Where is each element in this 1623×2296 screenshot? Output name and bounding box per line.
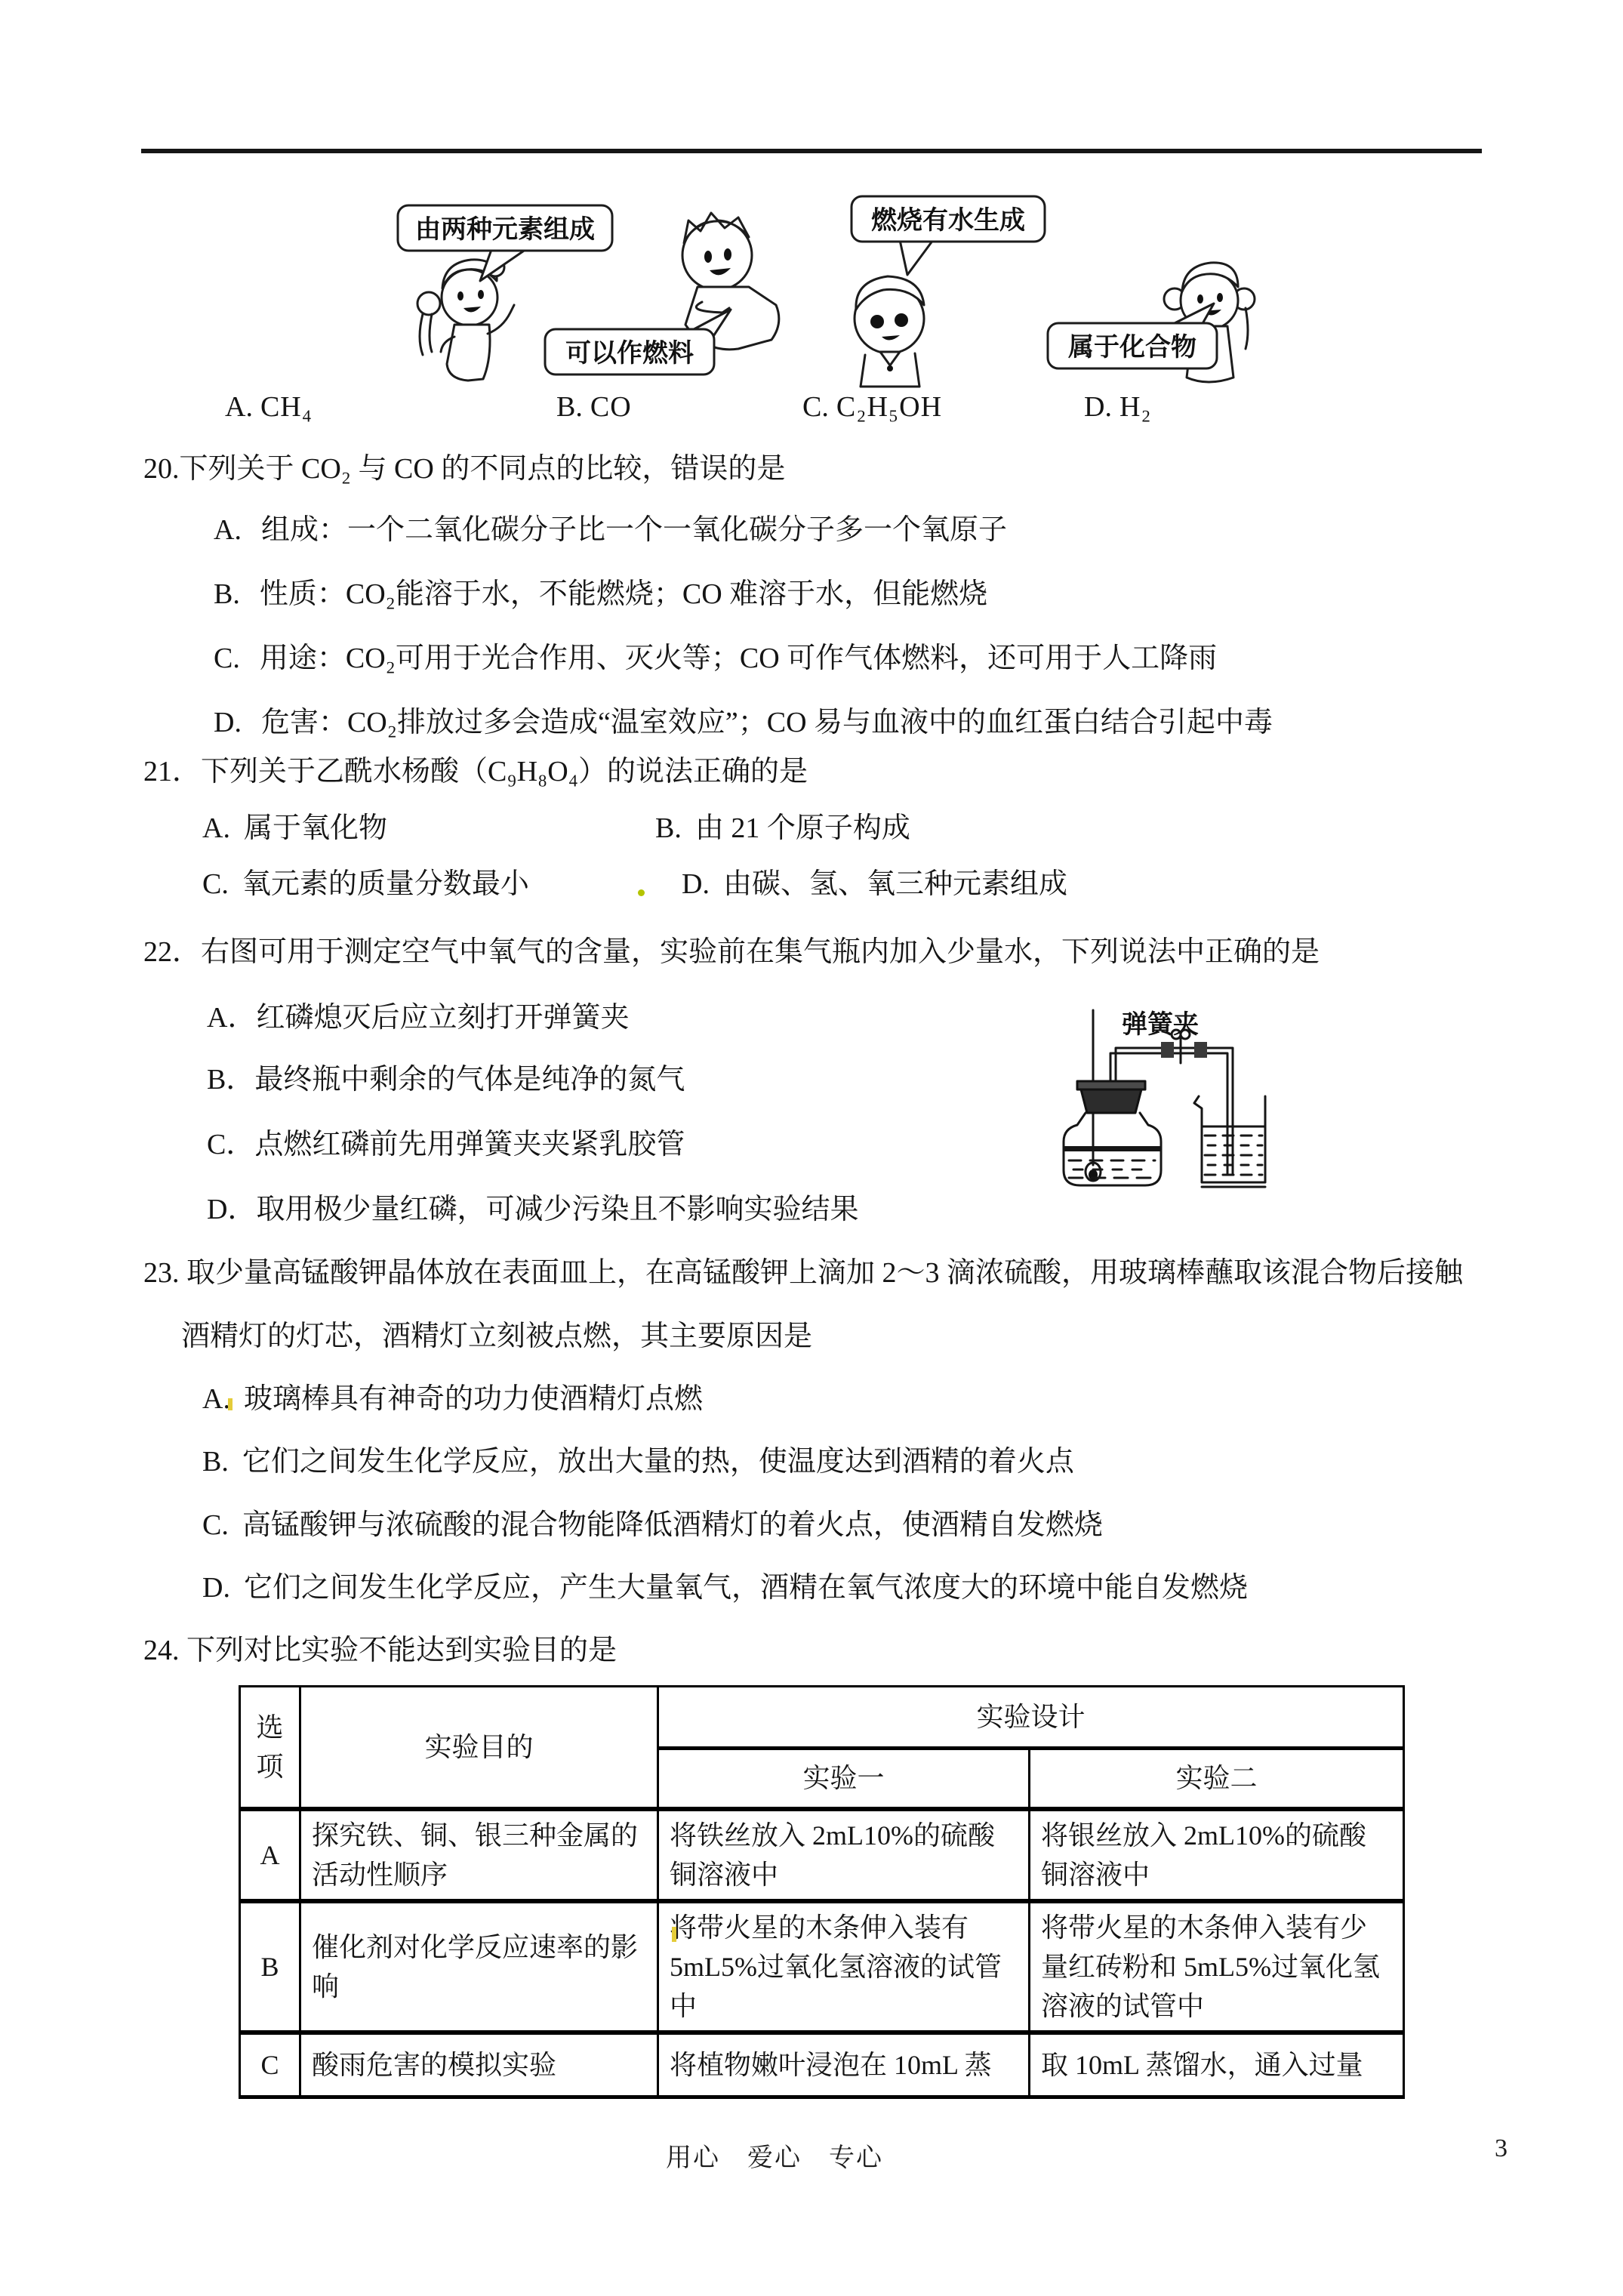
option-text: 由 21 个原子构成	[695, 812, 910, 844]
stray-green-dot	[638, 889, 645, 896]
answer-d-formula: H₂	[1119, 391, 1152, 423]
stray-yellow-tick-1	[228, 1398, 233, 1410]
cartoon-boy-3	[855, 276, 924, 387]
bubble-4-text: 属于化合物	[1068, 333, 1196, 362]
option-text: 玻璃棒具有神奇的功力使酒精灯点燃	[244, 1383, 703, 1415]
q21-option-d: D.由碳、氢、氧三种元素组成	[682, 866, 1067, 902]
speech-bubble-3: 燃烧有水生成	[852, 196, 1045, 275]
q23-option-c: C.高锰酸钾与浓硫酸的混合物能降低酒精灯的着火点，使酒精自发燃烧	[202, 1507, 1103, 1543]
page-number: 3	[1495, 2134, 1508, 2163]
answer-a-label: A.	[225, 391, 253, 423]
option-label: A.	[214, 512, 242, 548]
option-label: B.	[202, 1444, 229, 1480]
strip-answer-a: A.CH₄	[225, 389, 313, 425]
rubber-stopper	[1077, 1081, 1145, 1113]
row-a-purpose: 探究铁、铜、银三种金属的活动性顺序	[300, 1809, 658, 1901]
row-a-exp2: 将银丝放入 2mL10%的硫酸铜溶液中	[1030, 1809, 1404, 1901]
option-text: 氧元素的质量分数最小	[242, 868, 529, 900]
header-rule	[141, 149, 1482, 153]
footer-motto: 用心 爱心 专心	[666, 2137, 883, 2174]
beaker	[1194, 1096, 1265, 1187]
option-label: D.	[682, 866, 710, 902]
q20-option-a: A.组成：一个二氧化碳分子比一个一氧化碳分子多一个氧原子	[214, 512, 1007, 548]
option-text: 点燃红磷前先用弹簧夹夹紧乳胶管	[254, 1129, 685, 1160]
option-text: 性质：CO₂能溶于水，不能燃烧；CO 难溶于水，但能燃烧	[260, 578, 987, 610]
q21-stem: 21．下列关于乙酰水杨酸（C₉H₈O₄）的说法正确的是	[143, 754, 808, 790]
bubble-2-text: 可以作燃料	[565, 339, 694, 368]
exam-page: 由两种元素组成 可以作燃料	[0, 0, 1623, 2296]
row-b-exp2: 将带火星的木条伸入装有少量红砖粉和 5mL5%过氧化氢溶液的试管中	[1030, 1901, 1404, 2032]
q21-option-a: A.属于氧化物	[202, 810, 387, 846]
q23-stem-line2: 酒精灯的灯芯，酒精灯立刻被点燃，其主要原因是	[181, 1318, 812, 1354]
option-text: 取用极少量红磷，可减少污染且不影响实验结果	[256, 1194, 858, 1225]
option-label: C.	[202, 1507, 229, 1543]
q21-option-b: B.由 21 个原子构成	[655, 810, 910, 846]
q20-option-b: B.性质：CO₂能溶于水，不能燃烧；CO 难溶于水，但能燃烧	[214, 576, 987, 612]
option-text: 最终瓶中剩余的气体是纯净的氮气	[254, 1064, 685, 1096]
answer-a-formula: CH₄	[260, 391, 313, 423]
answer-c-formula: C₂H₅OH	[836, 391, 942, 423]
option-text: 高锰酸钾与浓硫酸的混合物能降低酒精灯的着火点，使酒精自发燃烧	[242, 1509, 1103, 1541]
q24-stem: 24. 下列对比实验不能达到实验目的是	[143, 1632, 617, 1669]
spring-clamp-label: 弹簧夹	[1122, 1009, 1199, 1039]
table-header-option: 选 项	[240, 1687, 300, 1809]
strip-answer-c: C.C₂H₅OH	[802, 389, 942, 425]
option-text: 它们之间发生化学反应，放出大量的热，使温度达到酒精的着火点	[242, 1446, 1074, 1478]
q23-option-d: D.它们之间发生化学反应，产生大量氧气，酒精在氧气浓度大的环境中能自发燃烧	[202, 1570, 1248, 1606]
row-c-purpose: 酸雨危害的模拟实验	[300, 2032, 658, 2097]
option-label: B．	[207, 1064, 254, 1096]
bubble-3-text: 燃烧有水生成	[871, 206, 1025, 235]
table-header-design: 实验设计	[658, 1687, 1404, 1749]
option-label: B.	[214, 576, 240, 612]
table-header-purpose: 实验目的	[300, 1687, 658, 1809]
option-label: A．	[207, 1002, 256, 1034]
option-label: D.	[214, 704, 242, 741]
option-label: D.	[202, 1570, 230, 1606]
cartoon-girl-1	[417, 258, 514, 381]
stray-yellow-tick-2	[672, 1927, 676, 1942]
option-text: 组成：一个二氧化碳分子比一个一氧化碳分子多一个氧原子	[261, 514, 1007, 546]
q22-stem: 22．右图可用于测定空气中氧气的含量，实验前在集气瓶内加入少量水，下列说法中正确…	[143, 934, 1320, 970]
option-text: 红磷熄灭后应立刻打开弹簧夹	[256, 1002, 629, 1034]
row-c-exp2: 取 10mL 蒸馏水，通入过量	[1030, 2032, 1404, 2097]
option-label: D．	[207, 1194, 256, 1225]
row-a-exp1: 将铁丝放入 2mL10%的硫酸铜溶液中	[658, 1809, 1030, 1901]
comparison-experiment-table: 选 项 实验目的 实验设计 实验一 实验二 A 探究铁、铜、银三种金属的活动性顺…	[239, 1685, 1405, 2099]
row-a-option: A	[240, 1809, 300, 1901]
option-text: 危害：CO₂排放过多会造成“温室效应”；CO 易与血液中的血红蛋白结合引起中毒	[261, 707, 1273, 738]
option-text: 用途：CO₂可用于光合作用、灭火等；CO 可作气体燃料，还可用于人工降雨	[260, 643, 1217, 674]
option-text: 由碳、氢、氧三种元素组成	[723, 868, 1067, 900]
q22-option-d: D．取用极少量红磷，可减少污染且不影响实验结果	[207, 1191, 858, 1228]
option-label: C.	[202, 866, 229, 902]
strip-answer-b: B.CO	[556, 389, 632, 425]
q22-option-b: B．最终瓶中剩余的气体是纯净的氮气	[207, 1062, 685, 1098]
option-label: A.	[202, 1381, 230, 1417]
answer-d-label: D.	[1084, 391, 1112, 423]
option-label: A.	[202, 810, 230, 846]
q22-option-c: C．点燃红磷前先用弹簧夹夹紧乳胶管	[207, 1126, 685, 1163]
gas-collecting-bottle	[1064, 1113, 1161, 1185]
row-b-purpose: 催化剂对化学反应速率的影响	[300, 1901, 658, 2032]
table-header-exp1: 实验一	[658, 1749, 1030, 1809]
row-c-exp1: 将植物嫩叶浸泡在 10mL 蒸	[658, 2032, 1030, 2097]
table-row: A 探究铁、铜、银三种金属的活动性顺序 将铁丝放入 2mL10%的硫酸铜溶液中 …	[240, 1809, 1404, 1901]
answer-c-label: C.	[802, 391, 829, 423]
answer-b-label: B.	[556, 391, 583, 423]
option-text: 它们之间发生化学反应，产生大量氧气，酒精在氧气浓度大的环境中能自发燃烧	[244, 1572, 1248, 1604]
q20-stem: 20.下列关于 CO₂ 与 CO 的不同点的比较，错误的是	[143, 451, 785, 487]
q20-option-c: C.用途：CO₂可用于光合作用、灭火等；CO 可作气体燃料，还可用于人工降雨	[214, 640, 1217, 676]
strip-answer-d: D.H₂	[1084, 389, 1152, 425]
option-label: C．	[207, 1129, 254, 1160]
option-label: B.	[655, 810, 682, 846]
q20-option-d: D.危害：CO₂排放过多会造成“温室效应”；CO 易与血液中的血红蛋白结合引起中…	[214, 704, 1273, 741]
answer-b-formula: CO	[590, 391, 632, 423]
q22-option-a: A．红磷熄灭后应立刻打开弹簧夹	[207, 1000, 629, 1036]
bubble-1-text: 由两种元素组成	[415, 215, 595, 244]
table-row: B 催化剂对化学反应速率的影响 将带火星的木条伸入装有5mL5%过氧化氢溶液的试…	[240, 1901, 1404, 2032]
option-text: 属于氧化物	[244, 812, 387, 844]
q21-option-c: C.氧元素的质量分数最小	[202, 866, 529, 902]
table-row: C 酸雨危害的模拟实验 将植物嫩叶浸泡在 10mL 蒸 取 10mL 蒸馏水，通…	[240, 2032, 1404, 2097]
row-c-option: C	[240, 2032, 300, 2097]
row-b-option: B	[240, 1901, 300, 2032]
q23-option-a: A.玻璃棒具有神奇的功力使酒精灯点燃	[202, 1381, 703, 1417]
q23-stem-line1: 23. 取少量高锰酸钾晶体放在表面皿上，在高锰酸钾上滴加 2～3 滴浓硫酸，用玻…	[143, 1255, 1463, 1291]
row-b-exp1: 将带火星的木条伸入装有5mL5%过氧化氢溶液的试管中	[658, 1901, 1030, 2032]
cartoon-strip-illustration: 由两种元素组成 可以作燃料	[340, 189, 1321, 394]
option-label: C.	[214, 640, 240, 676]
oxygen-measurement-apparatus-diagram: 弹簧夹	[1049, 997, 1276, 1208]
table-header-exp2: 实验二	[1030, 1749, 1404, 1809]
q23-option-b: B.它们之间发生化学反应，放出大量的热，使温度达到酒精的着火点	[202, 1444, 1074, 1480]
